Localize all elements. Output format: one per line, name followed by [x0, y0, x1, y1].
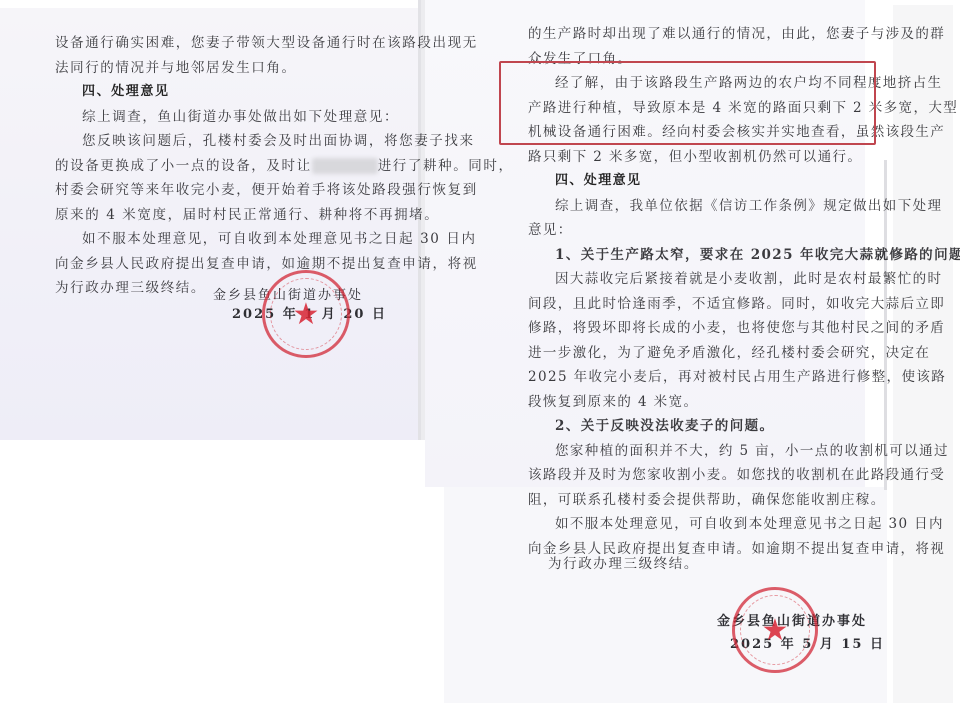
star-icon: ★: [293, 300, 320, 330]
item-title: 2、关于反映没法收麦子的问题。: [528, 414, 960, 439]
text-fragment: 进行了耕种。同时，: [378, 158, 514, 174]
text-line: 综上调查，我单位依据《信访工作条例》规定做出如下处理: [528, 194, 960, 219]
star-icon: ★: [762, 616, 789, 646]
text-line: 阻，可联系孔楼村委会提供帮助，确保您能收割庄稼。: [528, 488, 960, 513]
official-seal: ★: [732, 587, 818, 673]
text-line: 该路段并及时为您家收割小麦。如您找的收割机在此路段通行受: [528, 463, 960, 488]
official-seal: ★: [262, 270, 350, 358]
text-line: 村委会研究等来年收完小麦，便开始着手将该处路段强行恢复到: [55, 178, 514, 203]
text-line: 设备通行确实困难，您妻子带领大型设备通行时在该路段出现无: [55, 31, 514, 56]
text-line: 修路，将毁坏即将长成的小麦，也将使您与其他村民之间的矛盾: [528, 316, 960, 341]
text-line: 如不服本处理意见，可自收到本处理意见书之日起 30 日内: [528, 512, 960, 537]
text-line: 意见：: [528, 218, 960, 243]
redacted-name: [312, 158, 378, 174]
text-line: 间段，且此时恰逢雨季，不适宜修路。同时，如收完大蒜后立即: [528, 292, 960, 317]
text-fragment: 的设备更换成了小一点的设备，及时让: [55, 158, 312, 174]
section-heading: 四、处理意见: [528, 169, 960, 194]
text-line: 2025 年收完小麦后，再对被村民占用生产路进行修整，使该路: [528, 365, 960, 390]
text-line: 您反映该问题后，孔楼村委会及时出面协调，将您妻子找来: [55, 129, 514, 154]
text-line: 如不服本处理意见，可自收到本处理意见书之日起 30 日内: [55, 227, 514, 252]
text-line: 段恢复到原来的 4 米宽。: [528, 390, 960, 415]
text-line: 原来的 4 米宽度，届时村民正常通行、耕种将不再拥堵。: [55, 203, 514, 228]
item-title: 1、关于生产路太窄，要求在 2025 年收完大蒜就修路的问题。: [528, 243, 960, 268]
text-line: 法同行的情况并与地邻居发生口角。: [55, 56, 514, 81]
text-line: 因大蒜收完后紧接着就是小麦收割，此时是农村最繁忙的时: [528, 267, 960, 292]
text-line: 向金乡县人民政府提出复查申请，如逾期不提出复查申请，将视: [55, 252, 514, 277]
section-heading: 四、处理意见: [55, 80, 514, 105]
text-line: 的设备更换成了小一点的设备，及时让进行了耕种。同时，: [55, 154, 514, 179]
right-closing-end: 为行政办理三级终结。: [548, 552, 699, 577]
text-line: 综上调查，鱼山街道办事处做出如下处理意见：: [55, 105, 514, 130]
highlighted-line: 路只剩下 2 米多宽，但小型收割机仍然可以通行。: [528, 145, 960, 170]
text-line: 您家种植的面积并不大，约 5 亩，小一点的收割机可以通过: [528, 439, 960, 464]
left-page-body: 设备通行确实困难，您妻子带领大型设备通行时在该路段出现无 法同行的情况并与地邻居…: [55, 31, 514, 301]
text-line: 的生产路时却出现了难以通行的情况，由此，您妻子与涉及的群: [528, 22, 960, 47]
text-line: 进一步激化，为了避免矛盾激化，经孔楼村委会研究，决定在: [528, 341, 960, 366]
highlight-box: [499, 61, 876, 145]
